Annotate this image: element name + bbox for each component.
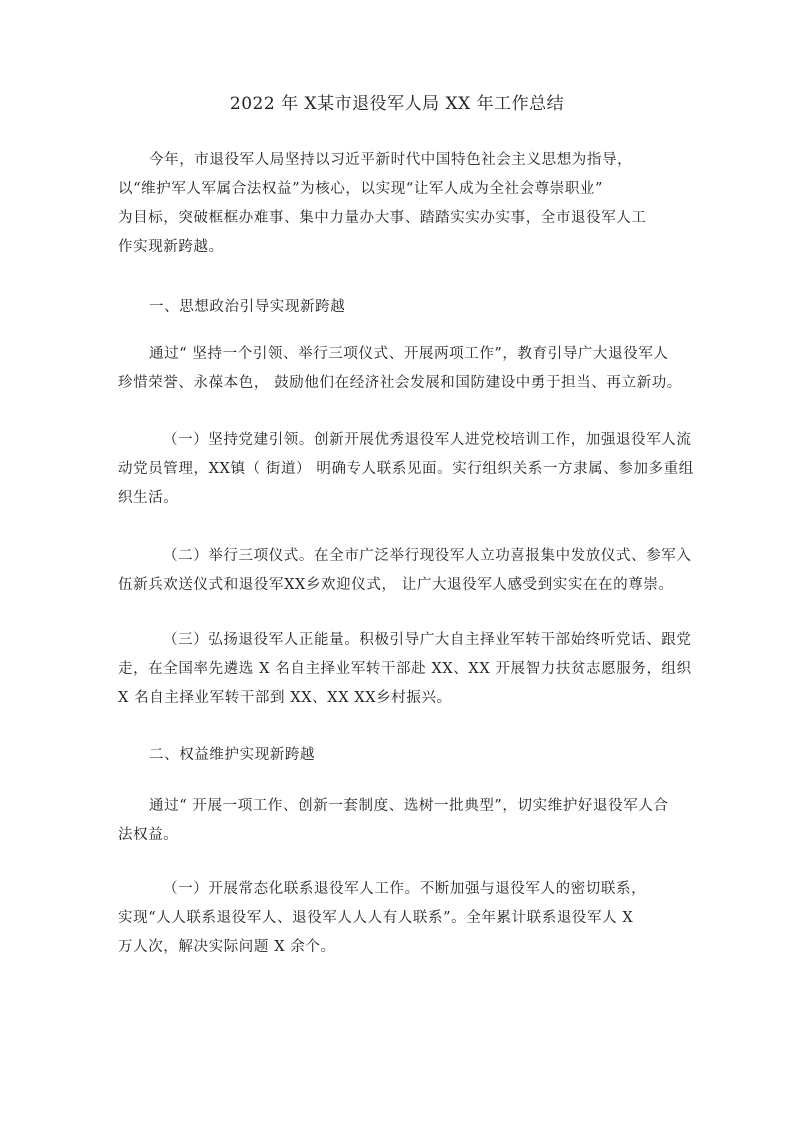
paragraph-section-1-intro: 通过“ 坚持一个引领、举行三项仪式、开展两项工作”，教育引导广大退役军人 珍惜荣… <box>118 340 688 398</box>
text-line: 为目标，突破框框办难事、集中力量办大事、踏踏实实办实事，全市退役军人工 <box>118 204 688 233</box>
text-line: （一）开展常态化联系退役军人工作。不断加强与退役军人的密切联系， <box>118 875 688 904</box>
document-page: 2022 年 X某市退役军人局 XX 年工作总结 今年，市退役军人局坚持以习近平… <box>0 0 794 1123</box>
text-line: 通过“ 开展一项工作、创新一套制度、选树一批典型”，切实维护好退役军人合 <box>118 792 688 821</box>
text-line: 伍新兵欢送仪式和退役军XX乡欢迎仪式， 让广大退役军人感受到实实在在的尊崇。 <box>118 571 688 600</box>
text-line: X 名自主择业军转干部到 XX、XX XX乡村振兴。 <box>118 684 688 713</box>
text-line: 实现“人人联系退役军人、退役军人人人有人联系”。全年累计联系退役军人 X <box>118 904 688 933</box>
text-line: 万人次，解决实际问题 X 余个。 <box>118 933 688 962</box>
paragraph-section-1-item-2: （二）举行三项仪式。在全市广泛举行现役军人立功喜报集中发放仪式、参军入 伍新兵欢… <box>118 542 688 600</box>
text-line: 以“维护军人军属合法权益”为核心，以实现“让军人成为全社会尊崇职业” <box>118 175 688 204</box>
text-line: 珍惜荣誉、永葆本色， 鼓励他们在经济社会发展和国防建设中勇于担当、再立新功。 <box>118 369 688 398</box>
heading-text: 一、思想政治引导实现新跨越 <box>118 293 688 322</box>
section-heading-2: 二、权益维护实现新跨越 <box>118 741 688 770</box>
paragraph-section-1-item-1: （一）坚持党建引领。创新开展优秀退役军人进党校培训工作，加强退役军人流 动党员管… <box>118 426 688 513</box>
paragraph-section-2-intro: 通过“ 开展一项工作、创新一套制度、选树一批典型”，切实维护好退役军人合 法权益… <box>118 792 688 850</box>
text-line: 走，在全国率先遴选 X 名自主择业军转干部赴 XX、XX 开展智力扶贫志愿服务，… <box>118 655 688 684</box>
text-line: （三）弘扬退役军人正能量。积极引导广大自主择业军转干部始终听党话、跟党 <box>118 626 688 655</box>
text-line: 作实现新跨越。 <box>118 233 688 262</box>
document-title: 2022 年 X某市退役军人局 XX 年工作总结 <box>0 92 794 116</box>
heading-text: 二、权益维护实现新跨越 <box>118 741 688 770</box>
text-line: 通过“ 坚持一个引领、举行三项仪式、开展两项工作”，教育引导广大退役军人 <box>118 340 688 369</box>
text-line: （二）举行三项仪式。在全市广泛举行现役军人立功喜报集中发放仪式、参军入 <box>118 542 688 571</box>
text-line: 织生活。 <box>118 484 688 513</box>
text-line: 法权益。 <box>118 821 688 850</box>
paragraph-intro: 今年，市退役军人局坚持以习近平新时代中国特色社会主义思想为指导， 以“维护军人军… <box>118 146 688 262</box>
text-line: （一）坚持党建引领。创新开展优秀退役军人进党校培训工作，加强退役军人流 <box>118 426 688 455</box>
paragraph-section-2-item-1: （一）开展常态化联系退役军人工作。不断加强与退役军人的密切联系， 实现“人人联系… <box>118 875 688 962</box>
paragraph-section-1-item-3: （三）弘扬退役军人正能量。积极引导广大自主择业军转干部始终听党话、跟党 走，在全… <box>118 626 688 713</box>
text-line: 动党员管理，XX镇（ 街道） 明确专人联系见面。实行组织关系一方隶属、参加多重组 <box>118 455 688 484</box>
text-line: 今年，市退役军人局坚持以习近平新时代中国特色社会主义思想为指导， <box>118 146 688 175</box>
section-heading-1: 一、思想政治引导实现新跨越 <box>118 293 688 322</box>
